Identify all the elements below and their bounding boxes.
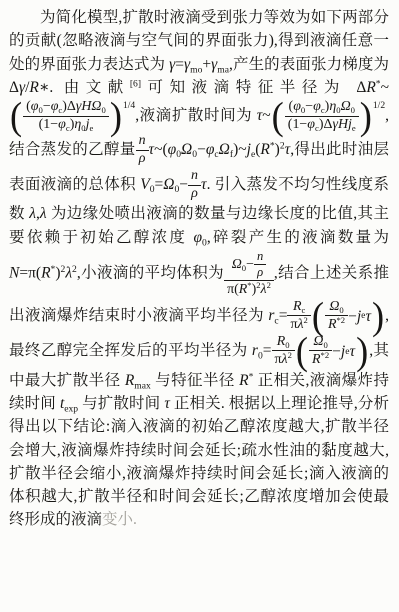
math-symbol: = — [155, 176, 164, 193]
paren-inner: (φ0−φc)η0Ω0(1−φc)ΔγHje — [285, 99, 359, 133]
fraction-numerator: Ω0−nρ — [224, 249, 274, 281]
fraction-numerator: n — [254, 249, 266, 265]
math-subscript: exp — [64, 404, 78, 415]
math-variable: φ — [168, 141, 177, 158]
math-variable: Ω — [181, 141, 192, 158]
math-symbol: (1− — [39, 117, 58, 132]
math-subscript: c — [301, 305, 305, 315]
math-subscript: mo — [190, 64, 202, 75]
math-variable: n — [257, 249, 263, 263]
fraction-denominator: R*2 — [325, 316, 348, 333]
fraction-numerator: R0 — [272, 334, 295, 352]
math-symbol: =π( — [19, 264, 41, 281]
math-superscript: *2 — [336, 315, 345, 325]
math-paren-group: ((φ0−φc)η0Ω0(1−φc)ΔγHje) — [271, 99, 373, 133]
math-variable: ρ — [191, 186, 198, 201]
fraction-denominator: π(R*)2λ2 — [224, 281, 274, 298]
fraction-denominator: ρ — [136, 151, 149, 168]
math-variable: n — [139, 133, 146, 148]
text-run: 与扩散时间 — [78, 395, 164, 412]
math-fraction: Ω0R*2 — [309, 334, 332, 369]
paragraph-body: 为简化模型,扩散时液滴受到张力等效为如下两部分的贡献(忽略液滴与空气间的界面张力… — [9, 6, 389, 532]
text-run: 正相关. 根据以上理论推导,分析得出以下结论:滴入液滴的初始乙醇浓度越大,扩散半… — [9, 395, 389, 528]
math-superscript: *2 — [321, 350, 330, 360]
math-fraction: nρ — [188, 168, 201, 202]
text-run: . 由文献 — [49, 79, 129, 96]
math-variable: γH — [76, 99, 92, 114]
math-variable: γH — [332, 117, 348, 132]
math-variable: φ — [31, 99, 39, 114]
math-fraction: nρ — [136, 133, 149, 167]
math-paren-group: ((φ0−φc)ΔγHΩ0(1−φc)η0je) — [9, 99, 123, 133]
text-run: ,产生的表面张力梯度为 — [229, 56, 389, 73]
math-symbol: Δ — [356, 79, 366, 96]
fraction-numerator: n — [188, 168, 201, 186]
math-variable: R — [260, 141, 269, 158]
math-symbol: )Δ — [62, 99, 76, 114]
math-subscript: ma — [217, 64, 229, 75]
math-variable: ρ — [257, 265, 263, 279]
math-fraction: Ω0R*2 — [325, 299, 348, 334]
math-superscript: 1/4 — [123, 100, 135, 111]
math-symbol: ~ — [262, 107, 270, 124]
math-symbol: − — [179, 176, 188, 193]
math-symbol: π( — [227, 282, 239, 297]
math-variable: Ω — [219, 141, 230, 158]
math-fraction: nρ — [254, 249, 266, 280]
math-subscript: e — [89, 123, 93, 133]
math-subscript: 0 — [339, 305, 343, 315]
math-paren-group: (Ω0R*2−jeτ) — [295, 334, 369, 369]
fraction-denominator: R*2 — [309, 351, 332, 368]
math-symbol: − — [332, 340, 341, 363]
math-subscript: 0 — [323, 340, 327, 350]
faded-text-run: 变小. — [102, 511, 137, 528]
math-symbol: )Δ — [319, 117, 333, 132]
math-variable: N — [9, 264, 19, 281]
text-run: 可知液滴特征半径为 — [141, 79, 356, 96]
math-variable: R — [239, 372, 248, 389]
math-symbol: = — [279, 307, 288, 324]
math-symbol: )~ — [233, 141, 247, 158]
math-variable: φ — [307, 117, 315, 132]
math-subscript: 0 — [351, 105, 355, 115]
math-fraction: Ω0−nρπ(R*)2λ2 — [224, 249, 274, 299]
paren-inner: (φ0−φc)ΔγHΩ0(1−φc)η0je — [23, 99, 109, 133]
math-fraction: R0πλ2 — [272, 334, 295, 369]
math-variable: λ — [40, 205, 47, 222]
math-symbol: − — [197, 141, 206, 158]
math-variable: τ — [365, 305, 371, 328]
math-variable: φ — [193, 229, 202, 246]
math-subscript: max — [134, 380, 151, 391]
text-run: ,碎裂产生的液滴数量为 — [207, 229, 389, 246]
math-superscript: 1/2 — [373, 100, 385, 111]
math-variable: R — [29, 79, 38, 96]
fraction-denominator: πλ2 — [272, 351, 295, 368]
math-symbol: − — [43, 99, 51, 114]
paper-page: 为简化模型,扩散时液滴受到张力等效为如下两部分的贡献(忽略液滴与空气间的界面张力… — [0, 0, 399, 612]
math-variable: Ω — [163, 176, 174, 193]
fraction-numerator: (φ0−φc)η0Ω0 — [285, 99, 359, 117]
math-variable: Ω — [91, 99, 101, 114]
math-symbol: (1− — [288, 117, 307, 132]
fraction-denominator: (1−φc)ΔγHje — [285, 117, 359, 134]
math-variable: R — [366, 79, 375, 96]
math-variable: φ — [313, 99, 321, 114]
text-run: ,液滴扩散时间为 — [135, 107, 257, 124]
math-symbol: − — [305, 99, 313, 114]
fraction-numerator: n — [136, 133, 149, 151]
fraction-numerator: Rc — [287, 299, 310, 317]
fraction-denominator: ρ — [254, 265, 266, 280]
text-run: 与特征半径 — [151, 372, 239, 389]
math-symbol: π — [275, 352, 282, 367]
math-variable: R — [312, 352, 321, 367]
math-variable: τ — [350, 340, 356, 363]
math-variable: Ω — [341, 99, 351, 114]
math-symbol: − — [348, 305, 357, 328]
math-superscript: 2 — [288, 350, 292, 360]
math-paren-group: (Ω0R*2−jeτ) — [311, 299, 385, 334]
math-fraction: (φ0−φc)ΔγHΩ0(1−φc)η0je — [23, 99, 109, 133]
math-variable: R — [239, 282, 248, 297]
math-symbol: = — [175, 56, 184, 73]
math-symbol: ~( — [154, 141, 168, 158]
math-superscript: 2 — [267, 280, 271, 290]
fraction-denominator: ρ — [188, 186, 201, 203]
math-subscript: 0 — [102, 105, 106, 115]
math-symbol: = — [263, 342, 272, 359]
math-symbol: ∗ — [39, 79, 50, 96]
fraction-denominator: (1−φc)η0je — [23, 117, 109, 134]
math-subscript: 0 — [285, 340, 289, 350]
math-symbol: + — [202, 56, 211, 73]
math-symbol: Δ — [9, 79, 19, 96]
math-symbol: ~ — [381, 79, 389, 96]
fraction-numerator: Ω0 — [325, 299, 348, 317]
text-run: ,小液滴的平均体积为 — [77, 264, 224, 281]
math-variable: λ — [29, 205, 36, 222]
math-variable: φ — [293, 99, 301, 114]
math-variable: V — [140, 176, 149, 193]
math-variable: R — [125, 372, 134, 389]
paren-inner: Ω0R*2−jeτ — [309, 334, 355, 369]
math-fraction: (φ0−φc)η0Ω0(1−φc)ΔγHje — [285, 99, 359, 133]
math-variable: n — [191, 168, 198, 183]
math-variable: ρ — [139, 151, 146, 166]
math-superscript: [6] — [130, 78, 141, 89]
math-variable: Ω — [329, 299, 339, 314]
math-symbol: − — [246, 257, 254, 272]
math-variable: Ω — [232, 257, 242, 272]
math-variable: R — [41, 264, 50, 281]
fraction-numerator: (φ0−φc)ΔγHΩ0 — [23, 99, 109, 117]
math-subscript: e — [352, 123, 356, 133]
math-variable: φ — [58, 117, 66, 132]
math-superscript: 2 — [304, 315, 308, 325]
